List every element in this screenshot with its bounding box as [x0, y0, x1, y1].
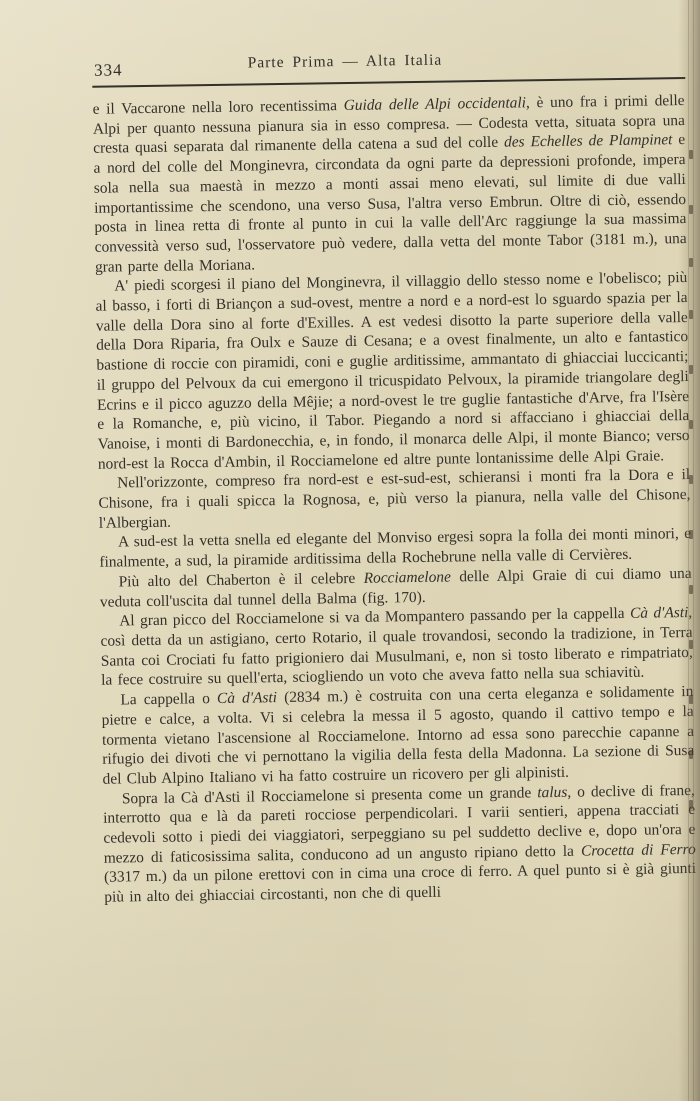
paragraph: A' piedi scorgesi il piano del Monginevr… — [95, 268, 690, 474]
paragraph: Sopra la Cà d'Asti il Rocciamelone si pr… — [103, 781, 697, 908]
italic-text-segment: talus — [537, 783, 567, 800]
book-page: 334 Parte Prima — Alta Italia e il Vacca… — [0, 0, 700, 1101]
page-edge-mark — [689, 310, 693, 319]
italic-text-segment: Rocciamelone — [364, 568, 451, 586]
text-segment: Più alto del Chaberton è il celebre — [119, 570, 364, 591]
page-header: 334 Parte Prima — Alta Italia — [0, 0, 695, 91]
text-segment: Nell'orizzonte, compreso fra nord-est e … — [98, 466, 690, 531]
page-edge-mark — [689, 420, 693, 429]
page-edge-mark — [689, 695, 693, 704]
text-segment: La cappella o — [120, 690, 217, 708]
page-edge-mark — [689, 150, 693, 159]
italic-text-segment: Guida delle Alpi occidentali — [344, 94, 526, 114]
body-text: e il Vaccarone nella loro recentissima G… — [93, 91, 697, 908]
running-title: Parte Prima — Alta Italia — [0, 48, 695, 76]
page-edge-mark — [689, 800, 693, 809]
header-rule — [92, 77, 685, 88]
paragraph: La cappella o Cà d'Asti (2834 m.) è cost… — [101, 682, 694, 789]
text-segment: (3317 m.) da un pilone erettovi con in c… — [104, 860, 696, 905]
page-edge-streak — [688, 0, 689, 1101]
page-edge-mark — [689, 365, 693, 374]
italic-text-segment: Cà d'Asti — [217, 689, 277, 707]
page-edge-mark — [689, 585, 693, 594]
page-edge-mark — [689, 640, 693, 649]
page-edge-mark — [689, 205, 693, 214]
paragraph: Al gran picco del Rocciamelone si va da … — [100, 603, 693, 691]
text-segment: A sud-est la vetta snella ed elegante de… — [99, 525, 691, 570]
text-segment: A' piedi scorgesi il piano del Monginevr… — [95, 269, 689, 472]
page-edge-mark — [689, 258, 693, 267]
scanned-page-content: 334 Parte Prima — Alta Italia e il Vacca… — [0, 0, 695, 91]
text-segment: e il Vaccarone nella loro recentissima — [93, 97, 344, 118]
page-edge-mark — [689, 750, 693, 759]
page-edge-streak — [693, 0, 694, 1101]
paragraph: Nell'orizzonte, compreso fra nord-est e … — [98, 465, 691, 533]
page-edge-shadow — [678, 0, 700, 1101]
page-edge-mark — [689, 475, 693, 484]
page-edge-mark — [689, 530, 693, 539]
italic-text-segment: des Echelles de Plampinet — [504, 132, 673, 151]
paragraph: e il Vaccarone nella loro recentissima G… — [93, 91, 688, 277]
